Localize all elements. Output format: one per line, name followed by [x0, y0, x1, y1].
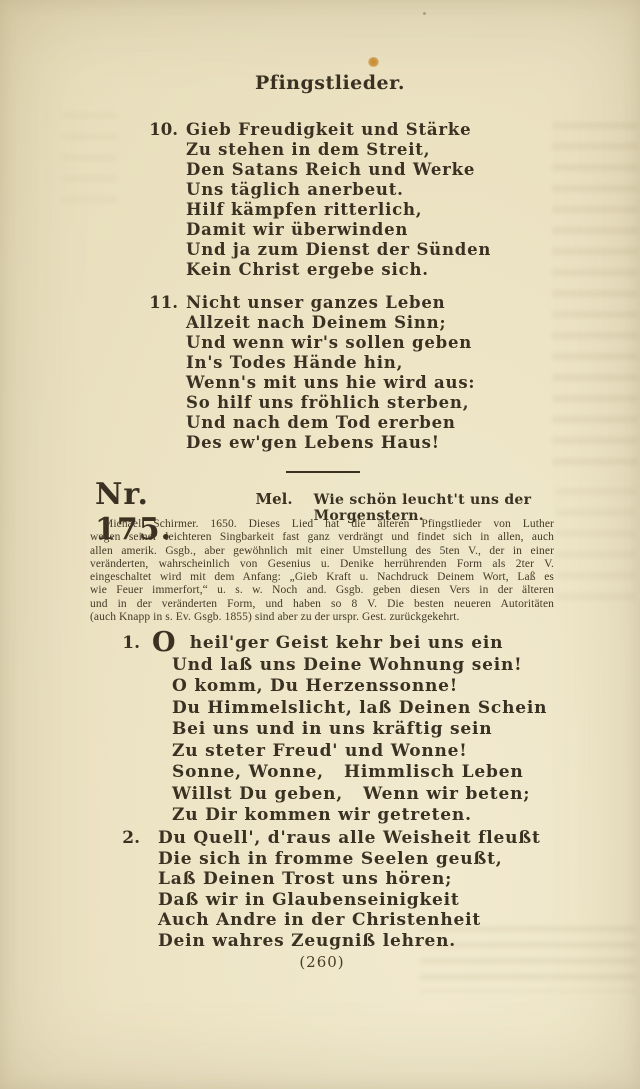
paper-speck	[423, 12, 426, 15]
verse-number: 2.	[104, 828, 140, 849]
verse-11: 11. Nicht unser ganzes Leben Allzeit nac…	[142, 293, 475, 453]
verse-line: Uns täglich anerbeut.	[186, 180, 491, 200]
verse-line: Den Satans Reich und Werke	[186, 160, 491, 180]
verse-line: Gieb Freudigkeit und Stärke	[186, 120, 491, 140]
verse-line: O komm, Du Herzenssonne!	[172, 676, 547, 698]
note-line: wegen seiner leichteren Singbarkeit fast…	[90, 531, 554, 544]
verse-lines: Gieb Freudigkeit und Stärke Zu stehen in…	[186, 120, 491, 280]
verse-number: 1.	[104, 633, 140, 655]
drop-cap-initial: O	[152, 633, 183, 653]
verse-line: Du Quell', d'raus alle Weisheit fleußt	[158, 828, 541, 849]
verse-line: Und ja zum Dienst der Sünden	[186, 240, 491, 260]
melody-label: Mel.	[256, 490, 293, 508]
verse-line: Daß wir in Glaubenseinigkeit	[158, 890, 541, 911]
verse-line: So hilf uns fröhlich sterben,	[186, 393, 475, 413]
verse-line: Zu steter Freud' und Wonne!	[172, 741, 547, 763]
note-line: wie Feuer immerfort,“ u. s. w. Noch and.…	[90, 584, 554, 597]
verse-line: Bei uns und in uns kräftig sein	[172, 719, 547, 741]
page-header: Pfingstlieder.	[10, 72, 640, 94]
verse-line: Kein Christ ergebe sich.	[186, 260, 491, 280]
verse-2: 2. Du Quell', d'raus alle Weisheit fleuß…	[104, 828, 541, 951]
bleedthrough-ghost-text	[62, 112, 117, 204]
verse-line: Des ew'gen Lebens Haus!	[186, 433, 475, 453]
verse-10: 10. Gieb Freudigkeit und Stärke Zu stehe…	[142, 120, 491, 280]
verse-lines: O heil'ger Geist kehr bei uns ein Und la…	[172, 633, 547, 827]
verse-1: 1. O heil'ger Geist kehr bei uns ein Und…	[104, 633, 547, 827]
verse-line: Die sich in fromme Seelen geußt,	[158, 849, 541, 870]
verse-line: Allzeit nach Deinem Sinn;	[186, 313, 475, 333]
verse-lines: Du Quell', d'raus alle Weisheit fleußt D…	[158, 828, 541, 951]
verse-line: Und laß uns Deine Wohnung sein!	[172, 655, 547, 677]
verse-line-text: heil'ger Geist kehr bei uns ein	[183, 633, 503, 653]
verse-number: 11.	[142, 293, 178, 313]
verse-line: Auch Andre in der Christenheit	[158, 910, 541, 931]
verse-line: O heil'ger Geist kehr bei uns ein	[172, 633, 547, 655]
note-line: allen amerik. Gsgb., aber gewöhnlich mit…	[90, 545, 554, 558]
verse-line: Hilf kämpfen ritterlich,	[186, 200, 491, 220]
verse-number: 10.	[142, 120, 178, 140]
section-divider-rule	[286, 471, 360, 473]
verse-line: Du Himmelslicht, laß Deinen Schein	[172, 698, 547, 720]
note-line: und in der veränderten Form, und haben s…	[90, 598, 554, 611]
verse-line: Zu Dir kommen wir getreten.	[172, 805, 547, 827]
foxing-spot	[368, 57, 379, 67]
note-line: (auch Knapp in s. Ev. Gsgb. 1855) sind a…	[90, 611, 554, 624]
verse-line: Zu stehen in dem Streit,	[186, 140, 491, 160]
page-number: (260)	[2, 953, 640, 971]
verse-lines: Nicht unser ganzes Leben Allzeit nach De…	[186, 293, 475, 453]
verse-line: Damit wir überwinden	[186, 220, 491, 240]
verse-line: Und nach dem Tod ererben	[186, 413, 475, 433]
verse-line: In's Todes Hände hin,	[186, 353, 475, 373]
note-line: Michael Schirmer. 1650. Dieses Lied hat …	[90, 518, 554, 531]
scanned-hymnal-page: Pfingstlieder. 10. Gieb Freudigkeit und …	[0, 0, 640, 1089]
verse-line: Und wenn wir's sollen geben	[186, 333, 475, 353]
hymn-editorial-note: Michael Schirmer. 1650. Dieses Lied hat …	[90, 518, 554, 624]
verse-line: Nicht unser ganzes Leben	[186, 293, 475, 313]
verse-line: Dein wahres Zeugniß lehren.	[158, 931, 541, 952]
note-line: veränderten, wahrscheinlich von Gesenius…	[90, 558, 554, 571]
bleedthrough-ghost-text	[552, 122, 638, 470]
verse-line: Laß Deinen Trost uns hören;	[158, 869, 541, 890]
verse-line: Willst Du geben, Wenn wir beten;	[172, 784, 547, 806]
verse-line: Wenn's mit uns hie wird aus:	[186, 373, 475, 393]
verse-line: Sonne, Wonne, Himmlisch Leben	[172, 762, 547, 784]
note-line: eingeschaltet wird mit dem Anfang: „Gieb…	[90, 571, 554, 584]
